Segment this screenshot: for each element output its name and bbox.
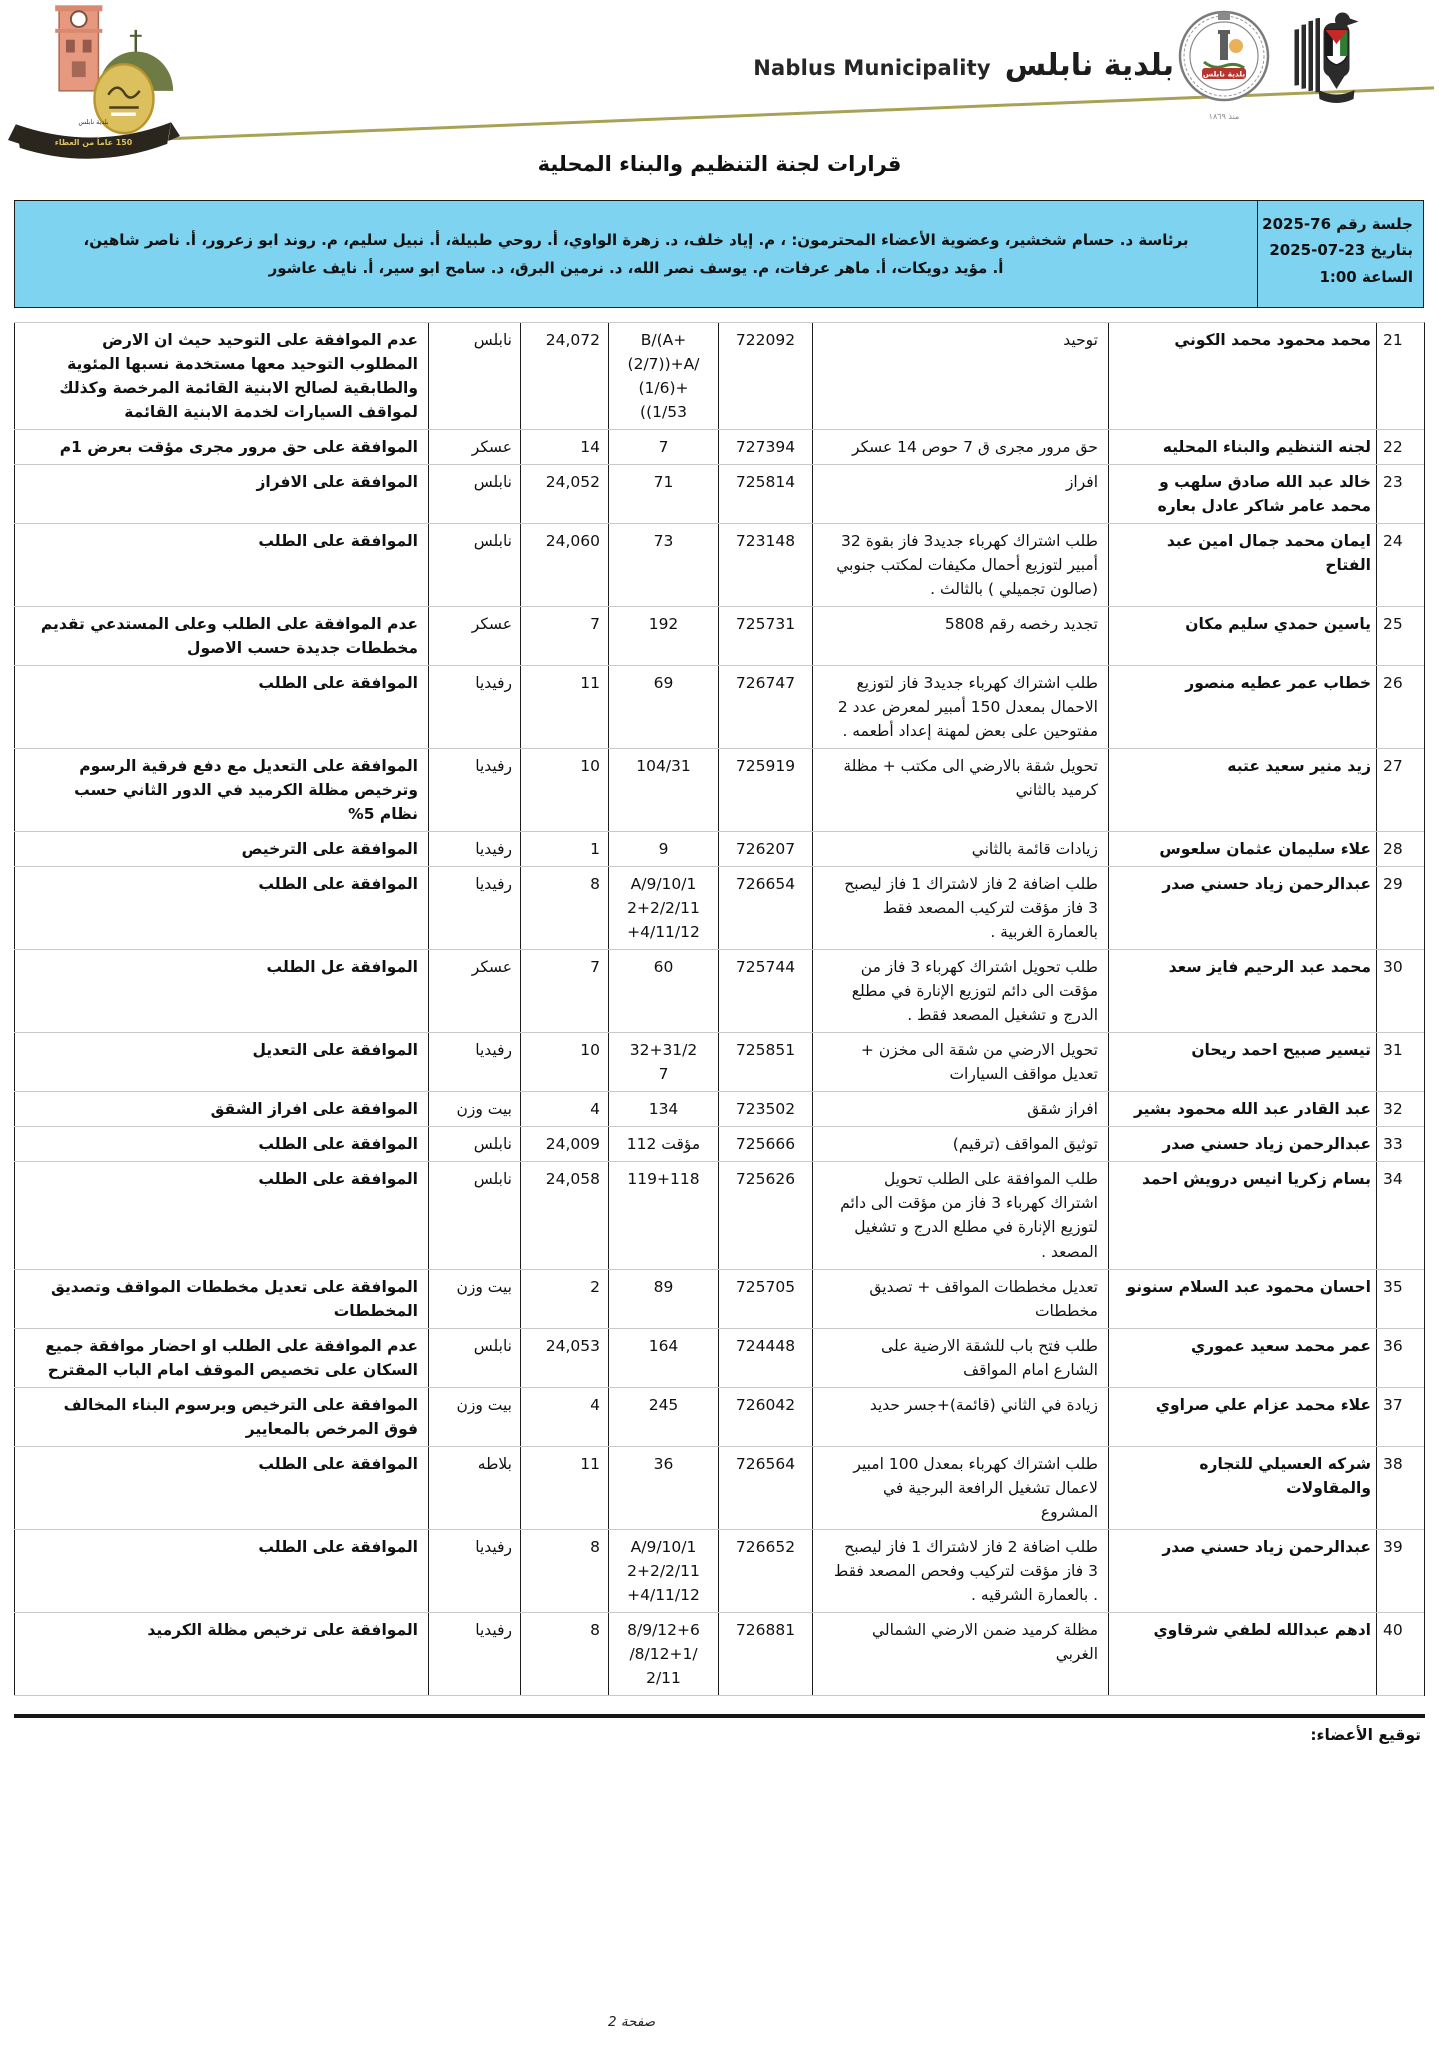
plot-number: 134 (608, 1092, 718, 1126)
svg-text:بلدية نابلس: بلدية نابلس (78, 118, 108, 126)
table-row: 29 عبدالرحمن زياد حسني صدر طلب اضافة 2 ف… (14, 867, 1424, 950)
location: رفيديا (428, 867, 520, 949)
decision: الموافقة على الطلب (14, 1162, 428, 1268)
row-number: 37 (1376, 1388, 1424, 1446)
basin-number: 14 (520, 430, 608, 464)
document-page: 15 بلدية نابلس 150 عاماً من العطاء Nablu… (0, 0, 1439, 2048)
basin-number: 24,052 (520, 465, 608, 523)
request-subject: مظلة كرميد ضمن الارضي الشمالي الغربي (812, 1613, 1108, 1695)
location: نابلس (428, 524, 520, 606)
row-number: 33 (1376, 1127, 1424, 1161)
table-row: 27 زيد منير سعيد عتبه تحويل شقة بالارضي … (14, 749, 1424, 832)
row-number: 34 (1376, 1162, 1424, 1268)
plot-number: 71 (608, 465, 718, 523)
table-row: 40 ادهم عبدالله لطفي شرقاوي مظلة كرميد ض… (14, 1613, 1424, 1696)
table-row: 31 تيسير صبيح احمد ريحان تحويل الارضي من… (14, 1033, 1424, 1092)
basin-number: 7 (520, 607, 608, 665)
applicant-name: عمر محمد سعيد عموري (1108, 1329, 1376, 1387)
file-number: 725731 (718, 607, 812, 665)
basin-number: 10 (520, 749, 608, 831)
location: بيت وزن (428, 1092, 520, 1126)
decision: الموافقة على افراز الشقق (14, 1092, 428, 1126)
basin-number: 8 (520, 1530, 608, 1612)
decision: الموافقة عل الطلب (14, 950, 428, 1032)
file-number: 723502 (718, 1092, 812, 1126)
basin-number: 8 (520, 867, 608, 949)
session-meta: جلسة رقم 76-2025 بتاريخ 23-07-2025 الساع… (1257, 201, 1423, 307)
request-subject: زيادات قائمة بالثاني (812, 832, 1108, 866)
row-number: 40 (1376, 1613, 1424, 1695)
table-row: 34 بسام زكريا انيس درويش احمد طلب المواف… (14, 1162, 1424, 1269)
plot-number: 245 (608, 1388, 718, 1446)
plot-number: 89 (608, 1270, 718, 1328)
table-row: 23 خالد عبد الله صادق سلهب و محمد عامر ش… (14, 465, 1424, 524)
seal-caption: منذ ١٨٦٩ (1174, 112, 1274, 121)
applicant-name: تيسير صبيح احمد ريحان (1108, 1033, 1376, 1091)
file-number: 725626 (718, 1162, 812, 1268)
plot-number: A/9/10/1 2+2/2/11 +4/11/12 (608, 1530, 718, 1612)
plot-number: 32+31/2 7 (608, 1033, 718, 1091)
basin-number: 24,053 (520, 1329, 608, 1387)
basin-number: 11 (520, 666, 608, 748)
svg-text:150 عاماً من العطاء: 150 عاماً من العطاء (55, 136, 133, 147)
applicant-name: ايمان محمد جمال امين عبد الفتاح (1108, 524, 1376, 606)
table-row: 30 محمد عبد الرحيم فايز سعد طلب تحويل اش… (14, 950, 1424, 1033)
session-attendees: برئاسة د. حسام شخشير، وعضوية الأعضاء الم… (15, 201, 1257, 307)
location: نابلس (428, 1329, 520, 1387)
row-number: 38 (1376, 1447, 1424, 1529)
file-number: 726042 (718, 1388, 812, 1446)
table-row: 36 عمر محمد سعيد عموري طلب فتح باب للشقة… (14, 1329, 1424, 1388)
file-number: 726652 (718, 1530, 812, 1612)
table-row: 32 عبد القادر عبد الله محمود بشير افراز … (14, 1092, 1424, 1127)
row-number: 27 (1376, 749, 1424, 831)
location: نابلس (428, 1162, 520, 1268)
file-number: 725919 (718, 749, 812, 831)
location: نابلس (428, 465, 520, 523)
decision: الموافقة على الترخيص (14, 832, 428, 866)
members-signature-label: توقيع الأعضاء: (18, 1726, 1421, 1744)
request-subject: طلب فتح باب للشقة الارضية على الشارع اما… (812, 1329, 1108, 1387)
applicant-name: زيد منير سعيد عتبه (1108, 749, 1376, 831)
plot-number: 8/9/12+6 /8/12+1/ 2/11 (608, 1613, 718, 1695)
row-number: 31 (1376, 1033, 1424, 1091)
decision: الموافقة على التعديل (14, 1033, 428, 1091)
applicant-name: شركه العسيلي للتجاره والمقاولات (1108, 1447, 1376, 1529)
anniversary-150-logo: 15 بلدية نابلس 150 عاماً من العطاء (8, 2, 180, 160)
request-subject: طلب الموافقة على الطلب تحويل اشتراك كهرب… (812, 1162, 1108, 1268)
basin-number: 11 (520, 1447, 608, 1529)
location: عسكر (428, 607, 520, 665)
table-row: 21 محمد محمود محمد الكوني توحيد 722092 B… (14, 323, 1424, 430)
file-number: 726747 (718, 666, 812, 748)
request-subject: تحويل شقة بالارضي الى مكتب + مظلة كرميد … (812, 749, 1108, 831)
location: رفيديا (428, 832, 520, 866)
request-subject: افراز شقق (812, 1092, 1108, 1126)
decision: الموافقة على ترخيص مظلة الكرميد (14, 1613, 428, 1695)
decision: الموافقة على التعديل مع دفع فرقية الرسوم… (14, 749, 428, 831)
applicant-name: ياسين حمدي سليم مكان (1108, 607, 1376, 665)
plot-number: 9 (608, 832, 718, 866)
applicant-name: عبدالرحمن زياد حسني صدر (1108, 1530, 1376, 1612)
basin-number: 24,058 (520, 1162, 608, 1268)
plot-number: A/9/10/1 2+2/2/11 +4/11/12 (608, 867, 718, 949)
plot-number: 36 (608, 1447, 718, 1529)
file-number: 726654 (718, 867, 812, 949)
request-subject: طلب اشتراك كهرباء بمعدل 100 امبير لاعمال… (812, 1447, 1108, 1529)
request-subject: تعديل مخططات المواقف + تصديق مخططات (812, 1270, 1108, 1328)
request-subject: افراز (812, 465, 1108, 523)
row-number: 24 (1376, 524, 1424, 606)
plot-number: 7 (608, 430, 718, 464)
applicant-name: علاء سليمان عثمان سلعوس (1108, 832, 1376, 866)
location: بيت وزن (428, 1388, 520, 1446)
decision: عدم الموافقة على التوحيد حيث ان الارض ال… (14, 323, 428, 429)
applicant-name: علاء محمد عزام علي صراوي (1108, 1388, 1376, 1446)
plot-number: 119+118 (608, 1162, 718, 1268)
request-subject: توثيق المواقف (ترقيم) (812, 1127, 1108, 1161)
location: بلاطه (428, 1447, 520, 1529)
decision: عدم الموافقة على الطلب وعلى المستدعي تقد… (14, 607, 428, 665)
decision: الموافقة على الافراز (14, 465, 428, 523)
plot-number: 104/31 (608, 749, 718, 831)
table-row: 37 علاء محمد عزام علي صراوي زيادة في الث… (14, 1388, 1424, 1447)
table-row: 25 ياسين حمدي سليم مكان تجديد رخصه رقم 5… (14, 607, 1424, 666)
file-number: 725814 (718, 465, 812, 523)
file-number: 726881 (718, 1613, 812, 1695)
applicant-name: خالد عبد الله صادق سلهب و محمد عامر شاكر… (1108, 465, 1376, 523)
table-row: 28 علاء سليمان عثمان سلعوس زيادات قائمة … (14, 832, 1424, 867)
municipality-name-ar: بلدية نابلس (1005, 48, 1174, 83)
location: عسكر (428, 430, 520, 464)
applicant-name: احسان محمود عبد السلام سنونو (1108, 1270, 1376, 1328)
svg-text:15: 15 (8, 69, 10, 138)
applicant-name: بسام زكريا انيس درويش احمد (1108, 1162, 1376, 1268)
location: رفيديا (428, 1530, 520, 1612)
row-number: 22 (1376, 430, 1424, 464)
table-row: 24 ايمان محمد جمال امين عبد الفتاح طلب ا… (14, 524, 1424, 607)
file-number: 725705 (718, 1270, 812, 1328)
applicant-name: عبدالرحمن زياد حسني صدر (1108, 867, 1376, 949)
row-number: 26 (1376, 666, 1424, 748)
basin-number: 4 (520, 1092, 608, 1126)
request-subject: زيادة في الثاني (قائمة)+جسر حديد (812, 1388, 1108, 1446)
file-number: 726207 (718, 832, 812, 866)
basin-number: 1 (520, 832, 608, 866)
decision: الموافقة على تعديل مخططات المواقف وتصديق… (14, 1270, 428, 1328)
request-subject: حق مرور مجرى ق 7 حوص 14 عسكر (812, 430, 1108, 464)
basin-number: 10 (520, 1033, 608, 1091)
location: رفيديا (428, 1033, 520, 1091)
session-info-band: جلسة رقم 76-2025 بتاريخ 23-07-2025 الساع… (14, 200, 1424, 308)
palestine-eagle-emblem-icon (1288, 8, 1373, 103)
basin-number: 24,072 (520, 323, 608, 429)
row-number: 23 (1376, 465, 1424, 523)
decisions-table: 21 محمد محمود محمد الكوني توحيد 722092 B… (14, 322, 1425, 1696)
basin-number: 7 (520, 950, 608, 1032)
row-number: 35 (1376, 1270, 1424, 1328)
row-number: 32 (1376, 1092, 1424, 1126)
plot-number: 73 (608, 524, 718, 606)
applicant-name: عبد القادر عبد الله محمود بشير (1108, 1092, 1376, 1126)
applicant-name: محمد عبد الرحيم فايز سعد (1108, 950, 1376, 1032)
location: عسكر (428, 950, 520, 1032)
clock-tower-icon (55, 5, 102, 91)
session-time: الساعة 1:00 (1262, 264, 1413, 290)
applicant-name: عبدالرحمن زياد حسني صدر (1108, 1127, 1376, 1161)
location: رفيديا (428, 666, 520, 748)
request-subject: طلب اشتراك كهرباء جديد3 فاز لتوزيع الاحم… (812, 666, 1108, 748)
plot-number: 192 (608, 607, 718, 665)
request-subject: تحويل الارضي من شقة الى مخزن + تعديل موا… (812, 1033, 1108, 1091)
table-row: 38 شركه العسيلي للتجاره والمقاولات طلب ا… (14, 1447, 1424, 1530)
row-number: 30 (1376, 950, 1424, 1032)
decision: الموافقة على الطلب (14, 666, 428, 748)
decision: الموافقة على الطلب (14, 867, 428, 949)
location: نابلس (428, 1127, 520, 1161)
file-number: 723148 (718, 524, 812, 606)
location: رفيديا (428, 1613, 520, 1695)
basin-number: 4 (520, 1388, 608, 1446)
decision: عدم الموافقة على الطلب او احضار موافقة ج… (14, 1329, 428, 1387)
location: رفيديا (428, 749, 520, 831)
location: بيت وزن (428, 1270, 520, 1328)
file-number: 724448 (718, 1329, 812, 1387)
signature-separator-line (14, 1714, 1425, 1718)
basin-number: 24,060 (520, 524, 608, 606)
plot-number: 60 (608, 950, 718, 1032)
request-subject: طلب تحويل اشتراك كهرباء 3 فاز من مؤقت ال… (812, 950, 1108, 1032)
request-subject: توحيد (812, 323, 1108, 429)
basin-number: 2 (520, 1270, 608, 1328)
svg-text:بلدية نابلس: بلدية نابلس (1203, 70, 1245, 79)
file-number: 727394 (718, 430, 812, 464)
table-row: 26 خطاب عمر عطيه منصور طلب اشتراك كهرباء… (14, 666, 1424, 749)
plot-number: 112 مؤقت (608, 1127, 718, 1161)
brand-titles: Nablus Municipality بلدية نابلس (700, 48, 1174, 83)
plot-number: 69 (608, 666, 718, 748)
decision: الموافقة على الطلب (14, 1127, 428, 1161)
request-subject: طلب اضافة 2 فاز لاشتراك 1 فاز ليصبح 3 فا… (812, 1530, 1108, 1612)
page-header: 15 بلدية نابلس 150 عاماً من العطاء Nablu… (0, 0, 1439, 322)
decision: الموافقة على الترخيص وبرسوم البناء المخا… (14, 1388, 428, 1446)
session-date: بتاريخ 23-07-2025 (1262, 237, 1413, 263)
row-number: 36 (1376, 1329, 1424, 1387)
file-number: 725666 (718, 1127, 812, 1161)
applicant-name: محمد محمود محمد الكوني (1108, 323, 1376, 429)
plot-number: 164 (608, 1329, 718, 1387)
basin-number: 8 (520, 1613, 608, 1695)
nablus-municipality-seal-icon: بلدية نابلس (1174, 6, 1274, 112)
row-number: 28 (1376, 832, 1424, 866)
decision: الموافقة على الطلب (14, 1530, 428, 1612)
municipality-name-en: Nablus Municipality (753, 56, 991, 80)
basin-number: 24,009 (520, 1127, 608, 1161)
page-title: قرارات لجنة التنظيم والبناء المحلية (0, 152, 1439, 176)
row-number: 29 (1376, 867, 1424, 949)
row-number: 25 (1376, 607, 1424, 665)
plot-number: B/(A+ (2/7))+A/ (1/6)+ ((1/53 (608, 323, 718, 429)
applicant-name: خطاب عمر عطيه منصور (1108, 666, 1376, 748)
row-number: 39 (1376, 1530, 1424, 1612)
file-number: 722092 (718, 323, 812, 429)
applicant-name: لجنه التنظيم والبناء المحليه (1108, 430, 1376, 464)
request-subject: طلب اضافة 2 فاز لاشتراك 1 فاز ليصبح 3 فا… (812, 867, 1108, 949)
location: نابلس (428, 323, 520, 429)
table-row: 39 عبدالرحمن زياد حسني صدر طلب اضافة 2 ف… (14, 1530, 1424, 1613)
session-number: جلسة رقم 76-2025 (1262, 211, 1413, 237)
file-number: 725744 (718, 950, 812, 1032)
decision: الموافقة على حق مرور مجرى مؤقت بعرض 1م (14, 430, 428, 464)
page-number: صفحة 2 (608, 2014, 655, 2030)
table-row: 33 عبدالرحمن زياد حسني صدر توثيق المواقف… (14, 1127, 1424, 1162)
decision: الموافقة على الطلب (14, 1447, 428, 1529)
table-row: 35 احسان محمود عبد السلام سنونو تعديل مخ… (14, 1270, 1424, 1329)
file-number: 725851 (718, 1033, 812, 1091)
decision: الموافقة على الطلب (14, 524, 428, 606)
applicant-name: ادهم عبدالله لطفي شرقاوي (1108, 1613, 1376, 1695)
table-row: 22 لجنه التنظيم والبناء المحليه حق مرور … (14, 430, 1424, 465)
request-subject: تجديد رخصه رقم 5808 (812, 607, 1108, 665)
request-subject: طلب اشتراك كهرباء جديد3 فاز بقوة 32 أمبي… (812, 524, 1108, 606)
row-number: 21 (1376, 323, 1424, 429)
file-number: 726564 (718, 1447, 812, 1529)
